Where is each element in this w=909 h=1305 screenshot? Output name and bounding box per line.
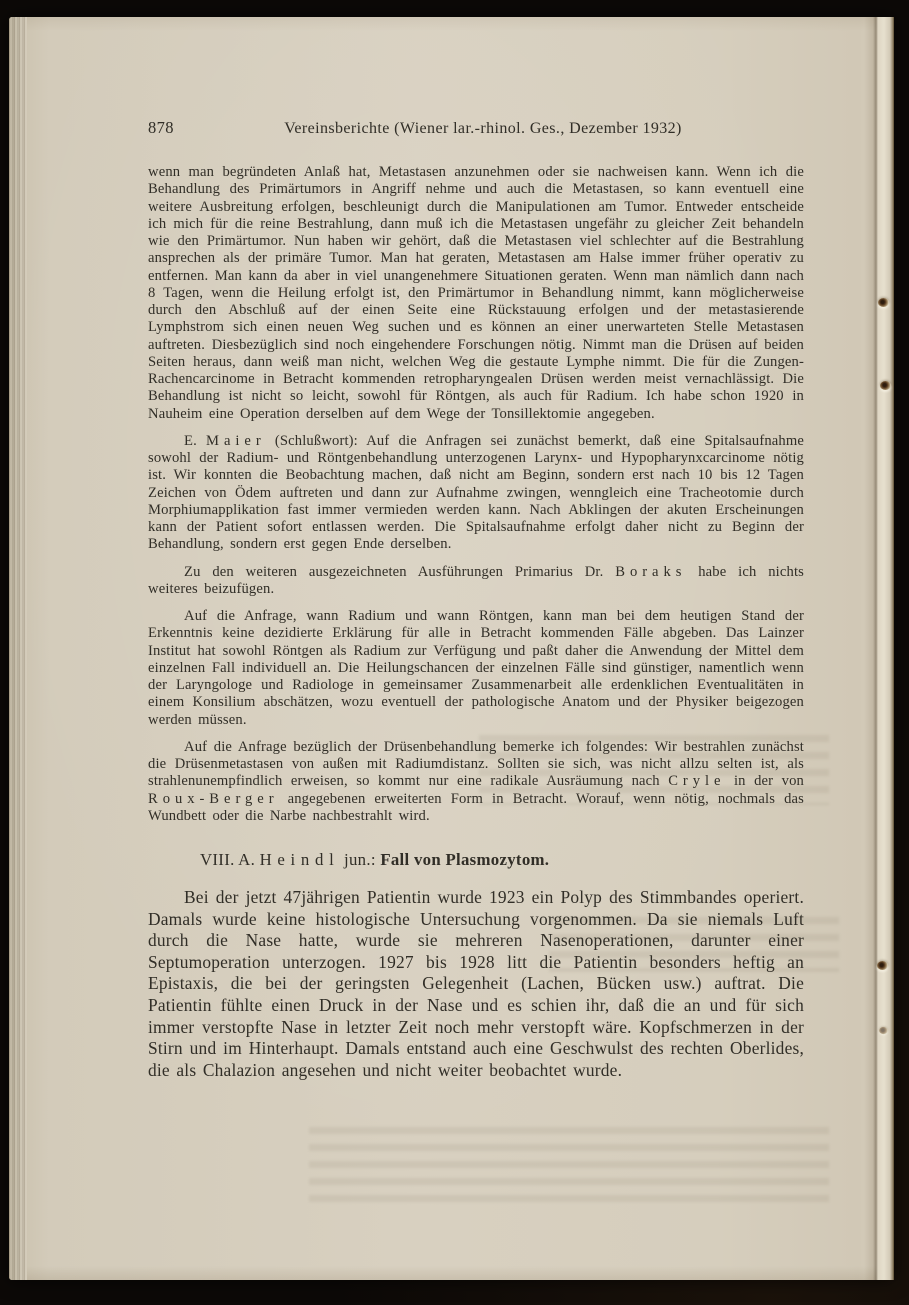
paragraph: Auf die Anfrage, wann Radium und wann Rö… bbox=[148, 608, 804, 729]
discussion-text: wenn man begründeten Anlaß hat, Metastas… bbox=[148, 164, 804, 825]
paragraph: Auf die Anfrage bezüglich der Drüsenbeha… bbox=[148, 739, 804, 825]
text-column: 878 Vereinsberichte (Wiener lar.-rhinol.… bbox=[148, 118, 804, 1081]
text-run: Heindl bbox=[260, 850, 340, 869]
section-text: Bei der jetzt 47jährigen Patientin wurde… bbox=[148, 887, 804, 1081]
running-title: Vereinsberichte (Wiener lar.-rhinol. Ges… bbox=[220, 120, 746, 138]
text-run: Boraks bbox=[615, 564, 686, 580]
binding-hole bbox=[879, 1027, 888, 1034]
running-header: 878 Vereinsberichte (Wiener lar.-rhinol.… bbox=[148, 118, 804, 138]
text-run: in der von bbox=[725, 773, 804, 789]
text-run: Maier bbox=[206, 433, 266, 449]
binding-hole bbox=[877, 961, 888, 970]
text-run: jun.: bbox=[340, 850, 381, 869]
text-run: Zu den weiteren ausgezeichneten Ausführu… bbox=[184, 564, 615, 580]
paragraph: wenn man begründeten Anlaß hat, Metastas… bbox=[148, 164, 804, 423]
binding-hole bbox=[880, 381, 891, 390]
paragraph: Zu den weiteren ausgezeichneten Ausführu… bbox=[148, 564, 804, 599]
text-run: Roux-Berger bbox=[148, 791, 279, 807]
binding-hole bbox=[878, 298, 889, 307]
text-run: VIII. A. bbox=[200, 850, 260, 869]
text-run: E. bbox=[184, 433, 206, 449]
text-run: Auf die Anfrage, wann Radium und wann Rö… bbox=[148, 608, 804, 728]
text-run: Cryle bbox=[668, 773, 725, 789]
page-number: 878 bbox=[148, 118, 220, 138]
text-run: (Schlußwort): Auf die Anfragen sei zunäc… bbox=[148, 433, 804, 553]
text-run: wenn man begründeten Anlaß hat, Metastas… bbox=[148, 164, 804, 422]
scanned-book-photo: 878 Vereinsberichte (Wiener lar.-rhinol.… bbox=[0, 0, 909, 1305]
paragraph: Bei der jetzt 47jährigen Patientin wurde… bbox=[148, 887, 804, 1081]
section-heading: VIII. A. Heindl jun.: Fall von Plasmozyt… bbox=[148, 850, 804, 870]
book-page: 878 Vereinsberichte (Wiener lar.-rhinol.… bbox=[9, 17, 894, 1280]
page-stack-edge bbox=[9, 17, 27, 1280]
paragraph: E. Maier (Schlußwort): Auf die Anfragen … bbox=[148, 433, 804, 554]
text-run: Fall von Plasmozytom. bbox=[380, 850, 549, 869]
page-fold-edge bbox=[864, 17, 894, 1280]
bleedthrough-smudge bbox=[309, 1127, 829, 1202]
text-run: Bei der jetzt 47jährigen Patientin wurde… bbox=[148, 887, 804, 1080]
